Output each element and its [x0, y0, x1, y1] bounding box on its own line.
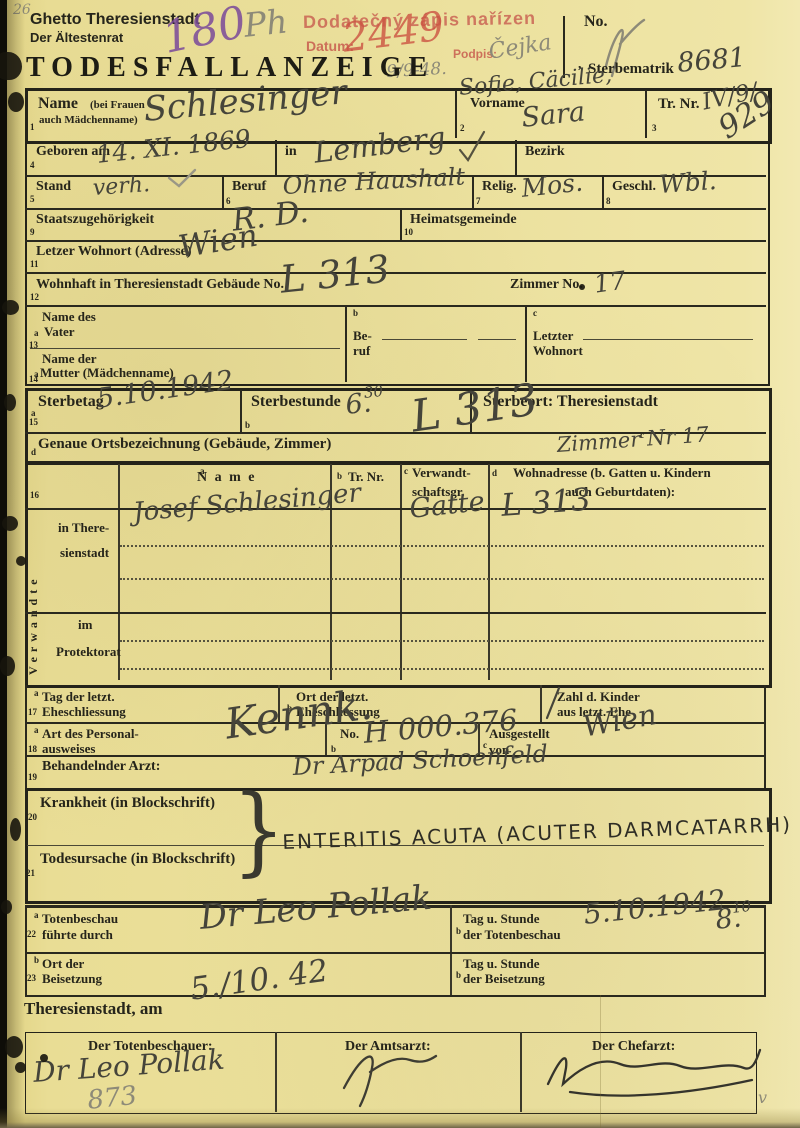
punch-mark-6 — [0, 656, 15, 676]
geschl-value-handwritten: Wbl. — [658, 166, 718, 199]
row-line-23 — [25, 995, 766, 997]
totenbeschau-footnote: a — [34, 910, 39, 920]
sterbetag-stunde-divider — [240, 390, 242, 432]
zimmer-value-handwritten: 17 — [592, 266, 628, 299]
field-9-number: 9 — [30, 227, 35, 237]
beruf-relig-divider — [472, 175, 474, 208]
relig-label: Relig. — [482, 180, 517, 195]
beruf-label: Beruf — [232, 180, 266, 195]
ehe-tag-label-line2: Eheschliessung — [42, 705, 126, 719]
totenbeschau-label-line2: führte durch — [42, 928, 113, 942]
beisetzung-zeit-footnote: b — [456, 970, 461, 980]
geschl-label: Geschl. — [612, 180, 656, 195]
heimat-label: Heimatsgemeinde — [410, 213, 517, 228]
amtsarzt-signature-scribble — [332, 1046, 442, 1108]
group-theresienstadt-line2: sienstadt — [60, 546, 109, 560]
ausweis-label-line2: ausweises — [42, 742, 95, 756]
relatives-group-divider — [25, 612, 766, 614]
gebaeude-label: Wohnhaft in Theresienstadt Gebäude No. — [36, 278, 284, 293]
name-sublabel-2: auch Mädchenname) — [39, 115, 138, 127]
vorname-handwritten-line2: Sara — [520, 96, 587, 133]
totenbeschau-divider — [450, 905, 452, 995]
field-7-number: 7 — [476, 196, 481, 206]
mid-left-border — [25, 685, 27, 788]
stand-pencil-check — [165, 164, 199, 190]
punch-mark-9 — [5, 1036, 23, 1058]
parents-beruf-line1: Be- — [353, 329, 372, 343]
genaue-orts-footnote: d — [31, 447, 36, 457]
totenbeschau-zeit-footnote: b — [456, 926, 461, 936]
stand-label: Stand — [36, 180, 71, 195]
field-18-number: 18 — [28, 744, 37, 754]
parents-beruf-divider — [345, 305, 347, 382]
staat-label: Staatszugehörigkeit — [36, 213, 154, 228]
beruf-footnote: b — [353, 308, 358, 318]
field-11-number: 11 — [30, 259, 39, 269]
relatives-dotted-line-4 — [120, 668, 764, 670]
kinder-slash-stroke — [543, 686, 563, 720]
row-line-5 — [25, 305, 766, 307]
trnr-label: Tr. Nr. — [658, 97, 700, 113]
place-date-label: Theresienstadt, am — [24, 1000, 163, 1018]
totenbeschau-label-line1: Totenbeschau — [42, 912, 118, 926]
row-line-4 — [25, 272, 766, 274]
beisetzung-ort-label-line1: Ort der — [42, 957, 84, 971]
low-right-border — [764, 905, 766, 995]
beruf-dash-line2 — [478, 339, 516, 340]
ausweis-label-line1: Art des Personal- — [42, 727, 139, 741]
sterbestunde-label: Sterbestunde — [251, 394, 341, 411]
relatives-dotted-line-3 — [120, 640, 764, 642]
mid-right-border — [764, 685, 766, 788]
vorname-trnr-divider — [645, 90, 647, 138]
field-13-number: 13 — [29, 340, 38, 350]
staat-heimat-divider — [400, 208, 402, 240]
ausweis-footnote: a — [34, 725, 39, 735]
vater-mutter-line — [30, 348, 340, 349]
footer-date-handwritten: 5./10. 42 — [188, 953, 330, 1008]
field-4-number: 4 — [30, 160, 35, 170]
stand-value-handwritten: verh. — [92, 172, 151, 201]
parents-wohnort-line2: Wohnort — [533, 344, 583, 358]
paper-crease — [600, 995, 601, 1128]
totenbeschau-zeit-label-line2: der Totenbeschau — [463, 928, 561, 942]
relatives-col-divider-4 — [488, 464, 490, 680]
parents-wohnort-line1: Letzter — [533, 329, 573, 343]
ausweis-no-label: No. — [340, 727, 359, 741]
field-14-number: 14 — [29, 374, 38, 384]
scan-left-edge — [0, 0, 7, 1128]
field-12-number: 12 — [30, 292, 39, 302]
vater-label-line1: Name des — [42, 310, 96, 324]
punch-mark-8 — [1, 900, 12, 914]
signature-divider-1 — [275, 1032, 277, 1112]
field-16-number: 16 — [30, 490, 39, 500]
totenbeschau-zeit-label-line1: Tag u. Stunde — [463, 912, 539, 926]
relig-geschl-divider — [602, 175, 604, 208]
todesursache-label: Todesursache (in Blockschrift) — [40, 852, 235, 868]
group-protektorat-line2: Protektorat — [56, 645, 121, 659]
genaue-orts-label: Genaue Ortsbezeichnung (Gebäude, Zimmer) — [38, 437, 331, 453]
name-sublabel-1: (bei Frauen — [90, 100, 145, 112]
signature-divider-2 — [520, 1032, 522, 1112]
col-name-header: N a m e — [197, 471, 257, 486]
totenbeschau-stunde-sup-handwritten: 10 — [731, 897, 752, 917]
in-bezirk-divider — [515, 140, 517, 175]
punch-mark-4 — [2, 516, 18, 531]
birthplace-check-stroke — [456, 128, 488, 166]
relatives-col-divider-3 — [400, 464, 402, 680]
relatives-side-label: Verwandte — [27, 515, 40, 675]
group-theresienstadt-line1: in There- — [58, 521, 109, 535]
wohnort-label: Letzer Wohnort (Adresse) — [36, 245, 192, 260]
field-15-number: 15 — [29, 417, 38, 427]
form-title: TODESFALLANZEIGE — [26, 53, 434, 83]
pencil-bottom-mark: v — [758, 1088, 767, 1107]
stamp-signature-handwritten: Čejka — [487, 30, 553, 65]
beruf-dash-line — [382, 339, 467, 340]
field-17-number: 17 — [28, 707, 37, 717]
relatives-dotted-line-2 — [120, 578, 764, 580]
stand-beruf-divider — [222, 175, 224, 208]
sterbematrik-number-handwritten: 8681 — [676, 42, 747, 79]
wohnort-dash-line — [583, 339, 753, 340]
col-adresse-footnote: d — [492, 468, 497, 478]
beisetzung-zeit-label-line2: der Beisetzung — [463, 972, 545, 986]
field-22-number: 22 — [27, 929, 36, 939]
punch-mark-3 — [4, 394, 16, 411]
arzt-label: Behandelnder Arzt: — [42, 760, 160, 775]
vater-label-line2: Vater — [44, 325, 75, 339]
beruf-wohnort-divider — [525, 305, 527, 382]
field-1-number: 1 — [30, 122, 35, 132]
ehe-tag-footnote: a — [34, 688, 39, 698]
col-verw-header-line1: Verwandt- — [412, 466, 471, 480]
bezirk-label: Bezirk — [525, 145, 565, 160]
group-protektorat-line1: im — [78, 618, 92, 632]
punch-mark-1 — [8, 92, 24, 112]
field-8-number: 8 — [606, 196, 611, 206]
beisetzung-zeit-label-line1: Tag u. Stunde — [463, 957, 539, 971]
mutter-label-line1: Name der — [42, 352, 97, 366]
geboren-in-divider — [275, 140, 277, 175]
wohnort-footnote: c — [533, 308, 537, 318]
sterbestunde-footnote: b — [245, 420, 250, 430]
parents-beruf-line2: ruf — [353, 344, 370, 358]
beisetzung-ort-label-line2: Beisetzung — [42, 972, 102, 986]
field-5-number: 5 — [30, 194, 35, 204]
punch-mark-7 — [10, 818, 21, 841]
field-3-number: 3 — [652, 123, 657, 133]
chefarzt-signature-scribble — [538, 1040, 766, 1106]
ehe-divider-2 — [540, 685, 542, 722]
krankheit-label: Krankheit (in Blockschrift) — [40, 796, 215, 812]
punch-mark-5 — [16, 556, 26, 566]
sterbestunde-sup-handwritten: 30 — [363, 382, 384, 402]
org-name-line2: Der Ältestenrat — [30, 31, 123, 45]
ink-spot-sig — [40, 1054, 48, 1062]
field-10-number: 10 — [404, 227, 413, 237]
punch-mark-10 — [15, 1062, 26, 1073]
scan-bottom-edge — [0, 1108, 800, 1128]
relatives-dotted-line-1 — [120, 545, 764, 547]
vater-footnote: a — [34, 328, 39, 338]
row-line-2 — [25, 208, 766, 210]
in-label: in — [285, 145, 297, 160]
col-verw-footnote: c — [404, 466, 408, 476]
field-21-number: 21 — [26, 868, 35, 878]
scanned-death-notice-form: 26 Ghetto Theresienstadt Der Ältestenrat… — [0, 0, 800, 1128]
field-19-number: 19 — [28, 772, 37, 782]
ink-dot — [579, 284, 585, 290]
name-label: Name — [38, 96, 78, 113]
zimmer-label: Zimmer No. — [510, 278, 583, 293]
initials-handwritten: Ph — [242, 1, 289, 44]
row-line-3 — [25, 240, 766, 242]
field-20-number: 20 — [28, 812, 37, 822]
punch-mark-2 — [2, 300, 19, 315]
beisetzung-footnote: b — [34, 955, 39, 965]
col-adresse-header-line1: Wohnadresse (b. Gatten u. Kindern — [513, 466, 711, 480]
field-23-number: 23 — [27, 973, 36, 983]
relative-address-handwritten: L 313 — [500, 482, 592, 524]
sterbetag-label: Sterbetag — [38, 394, 104, 411]
row-line-22 — [25, 952, 766, 954]
diagnosis-brace: } — [232, 774, 285, 887]
ehe-tag-label-line1: Tag der letzt. — [42, 690, 115, 704]
ausgestellt-label-line1: Ausgestellt — [489, 727, 550, 741]
